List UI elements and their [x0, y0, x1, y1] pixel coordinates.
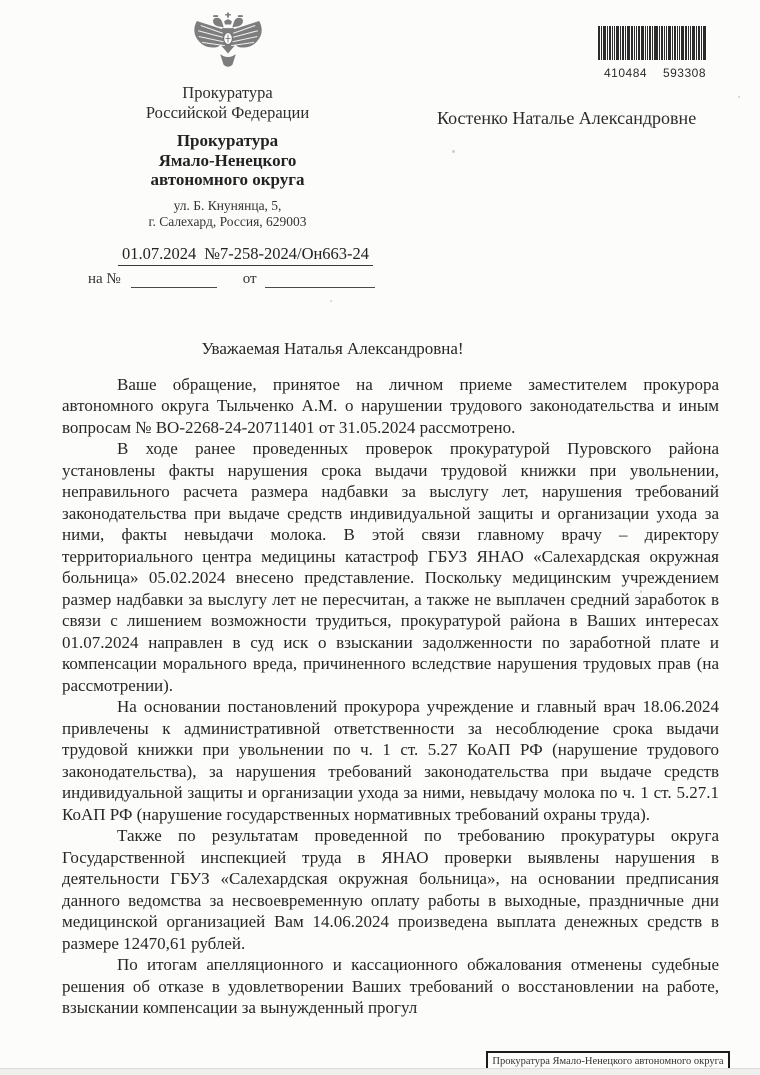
letter-number: №7-258-2024/Он663-24: [200, 244, 373, 266]
org-federal-name: Прокуратура Российской Федерации: [125, 83, 330, 122]
org-address-line2: г. Салехард, Россия, 629003: [125, 214, 330, 231]
outgoing-number-line: 01.07.2024№7-258-2024/Он663-24: [88, 244, 375, 264]
org-regional-line3: автономного округа: [125, 170, 330, 190]
incoming-number-line: на № от: [88, 271, 375, 288]
letter-body: Уважаемая Наталья Александровна! Ваше об…: [62, 338, 719, 1019]
incoming-number-blank: [131, 273, 217, 288]
scan-speck: [92, 1008, 95, 1010]
from-date-blank: [265, 273, 375, 288]
paragraph-2: В ходе ранее проведенных проверок прокур…: [62, 438, 719, 696]
paragraph-5: По итогам апелляционного и кассационного…: [62, 954, 719, 1019]
salutation: Уважаемая Наталья Александровна!: [62, 338, 603, 360]
org-address: ул. Б. Кнунянца, 5, г. Салехард, Россия,…: [125, 198, 330, 231]
scan-edge: [0, 1068, 760, 1075]
scan-speck: [640, 590, 642, 593]
barcode-digits-left: 410484: [604, 66, 647, 80]
org-federal-line2: Российской Федерации: [125, 103, 330, 123]
letter-date: 01.07.2024: [118, 244, 200, 266]
reference-block: 01.07.2024№7-258-2024/Он663-24 на № от: [88, 244, 375, 288]
barcode: 410484 593308: [598, 26, 710, 80]
org-regional-line2: Ямало-Ненецкого: [125, 151, 330, 171]
addressee-name: Костенко Наталье Александровне: [437, 108, 696, 129]
paragraph-1: Ваше обращение, принятое на личном прием…: [62, 374, 719, 439]
barcode-digits: 410484 593308: [598, 65, 710, 80]
org-regional-line1: Прокуратура: [125, 131, 330, 151]
russian-coat-of-arms-icon: [189, 12, 267, 78]
scanned-letter-page: Прокуратура Российской Федерации Прокура…: [0, 0, 760, 1075]
barcode-icon: [598, 26, 706, 60]
barcode-digits-right: 593308: [663, 66, 706, 80]
letterhead: Прокуратура Российской Федерации Прокура…: [125, 12, 330, 231]
org-address-line1: ул. Б. Кнунянца, 5,: [125, 198, 330, 215]
scan-speck: [452, 150, 455, 153]
from-date-label: от: [243, 271, 257, 288]
paragraph-3: На основании постановлений прокурора учр…: [62, 696, 719, 825]
paragraph-4: Также по результатам проведенной по треб…: [62, 825, 719, 954]
org-regional-name: Прокуратура Ямало-Ненецкого автономного …: [125, 131, 330, 190]
scan-speck: [738, 96, 740, 98]
scan-speck: [330, 300, 332, 302]
incoming-number-label: на №: [88, 271, 121, 288]
org-federal-line1: Прокуратура: [125, 83, 330, 103]
